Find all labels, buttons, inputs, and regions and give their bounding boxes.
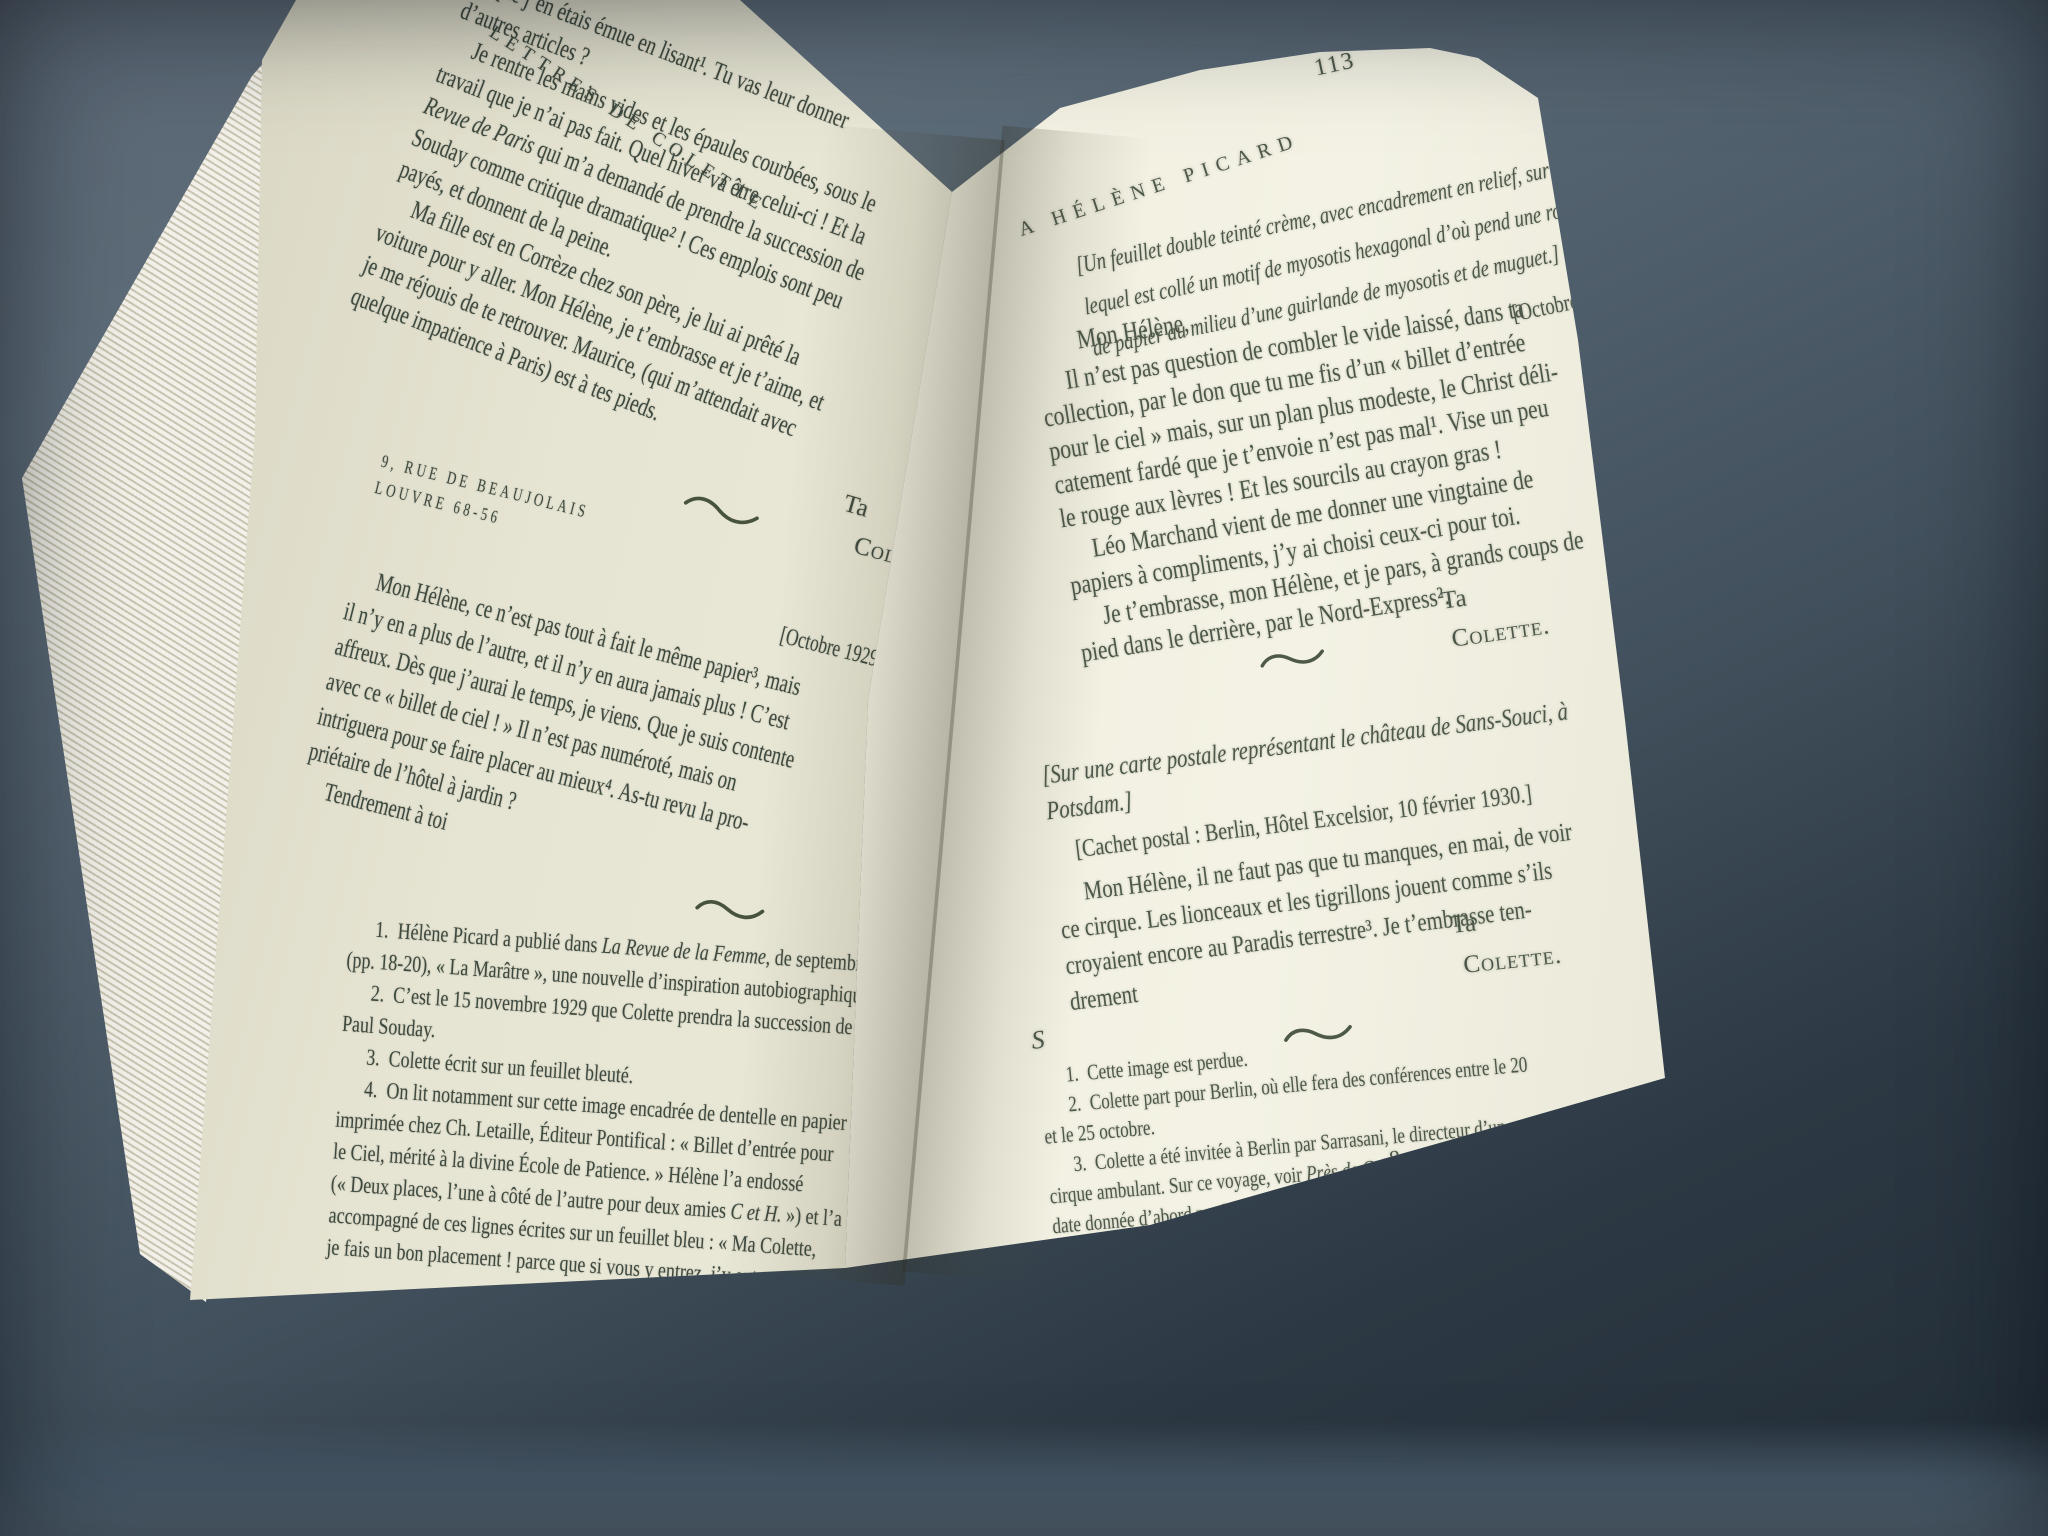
tilde-ornament <box>1282 1019 1354 1050</box>
footnote-line: , pp. 153-156. (La <box>1410 1141 1536 1177</box>
initials: C et H. <box>730 1198 783 1227</box>
book-title: Près de Colette <box>1305 1152 1413 1186</box>
tilde-ornament <box>1258 643 1327 681</box>
tilde-ornament <box>1258 643 1327 676</box>
footnote-line: ») et l’a <box>781 1202 843 1231</box>
left-letter2-block: 9, RUE DE BEAUJOLAIS LOUVRE 68-56 [Octob… <box>296 448 943 942</box>
sheet-number: 8 <box>1388 1145 1401 1172</box>
letter-closing: Ta <box>1450 909 1477 939</box>
table-edge <box>0 1421 2048 1536</box>
tilde-ornament <box>1261 650 1323 668</box>
right-letter2-block: [Sur une carte postale représentant le c… <box>1040 684 1676 1020</box>
signature: Colette. <box>1450 612 1552 653</box>
gathering-signature-mark: S <box>1030 1025 1046 1056</box>
book-photo: LETTRES DE COLETTE ne que j’en étais ému… <box>0 0 2048 1536</box>
tilde-ornament <box>1285 1025 1351 1042</box>
tilde-ornament <box>697 900 763 920</box>
letter-closing: Ta <box>1440 585 1468 616</box>
tilde-ornament <box>685 494 758 527</box>
page-number: 113 <box>1312 47 1358 82</box>
